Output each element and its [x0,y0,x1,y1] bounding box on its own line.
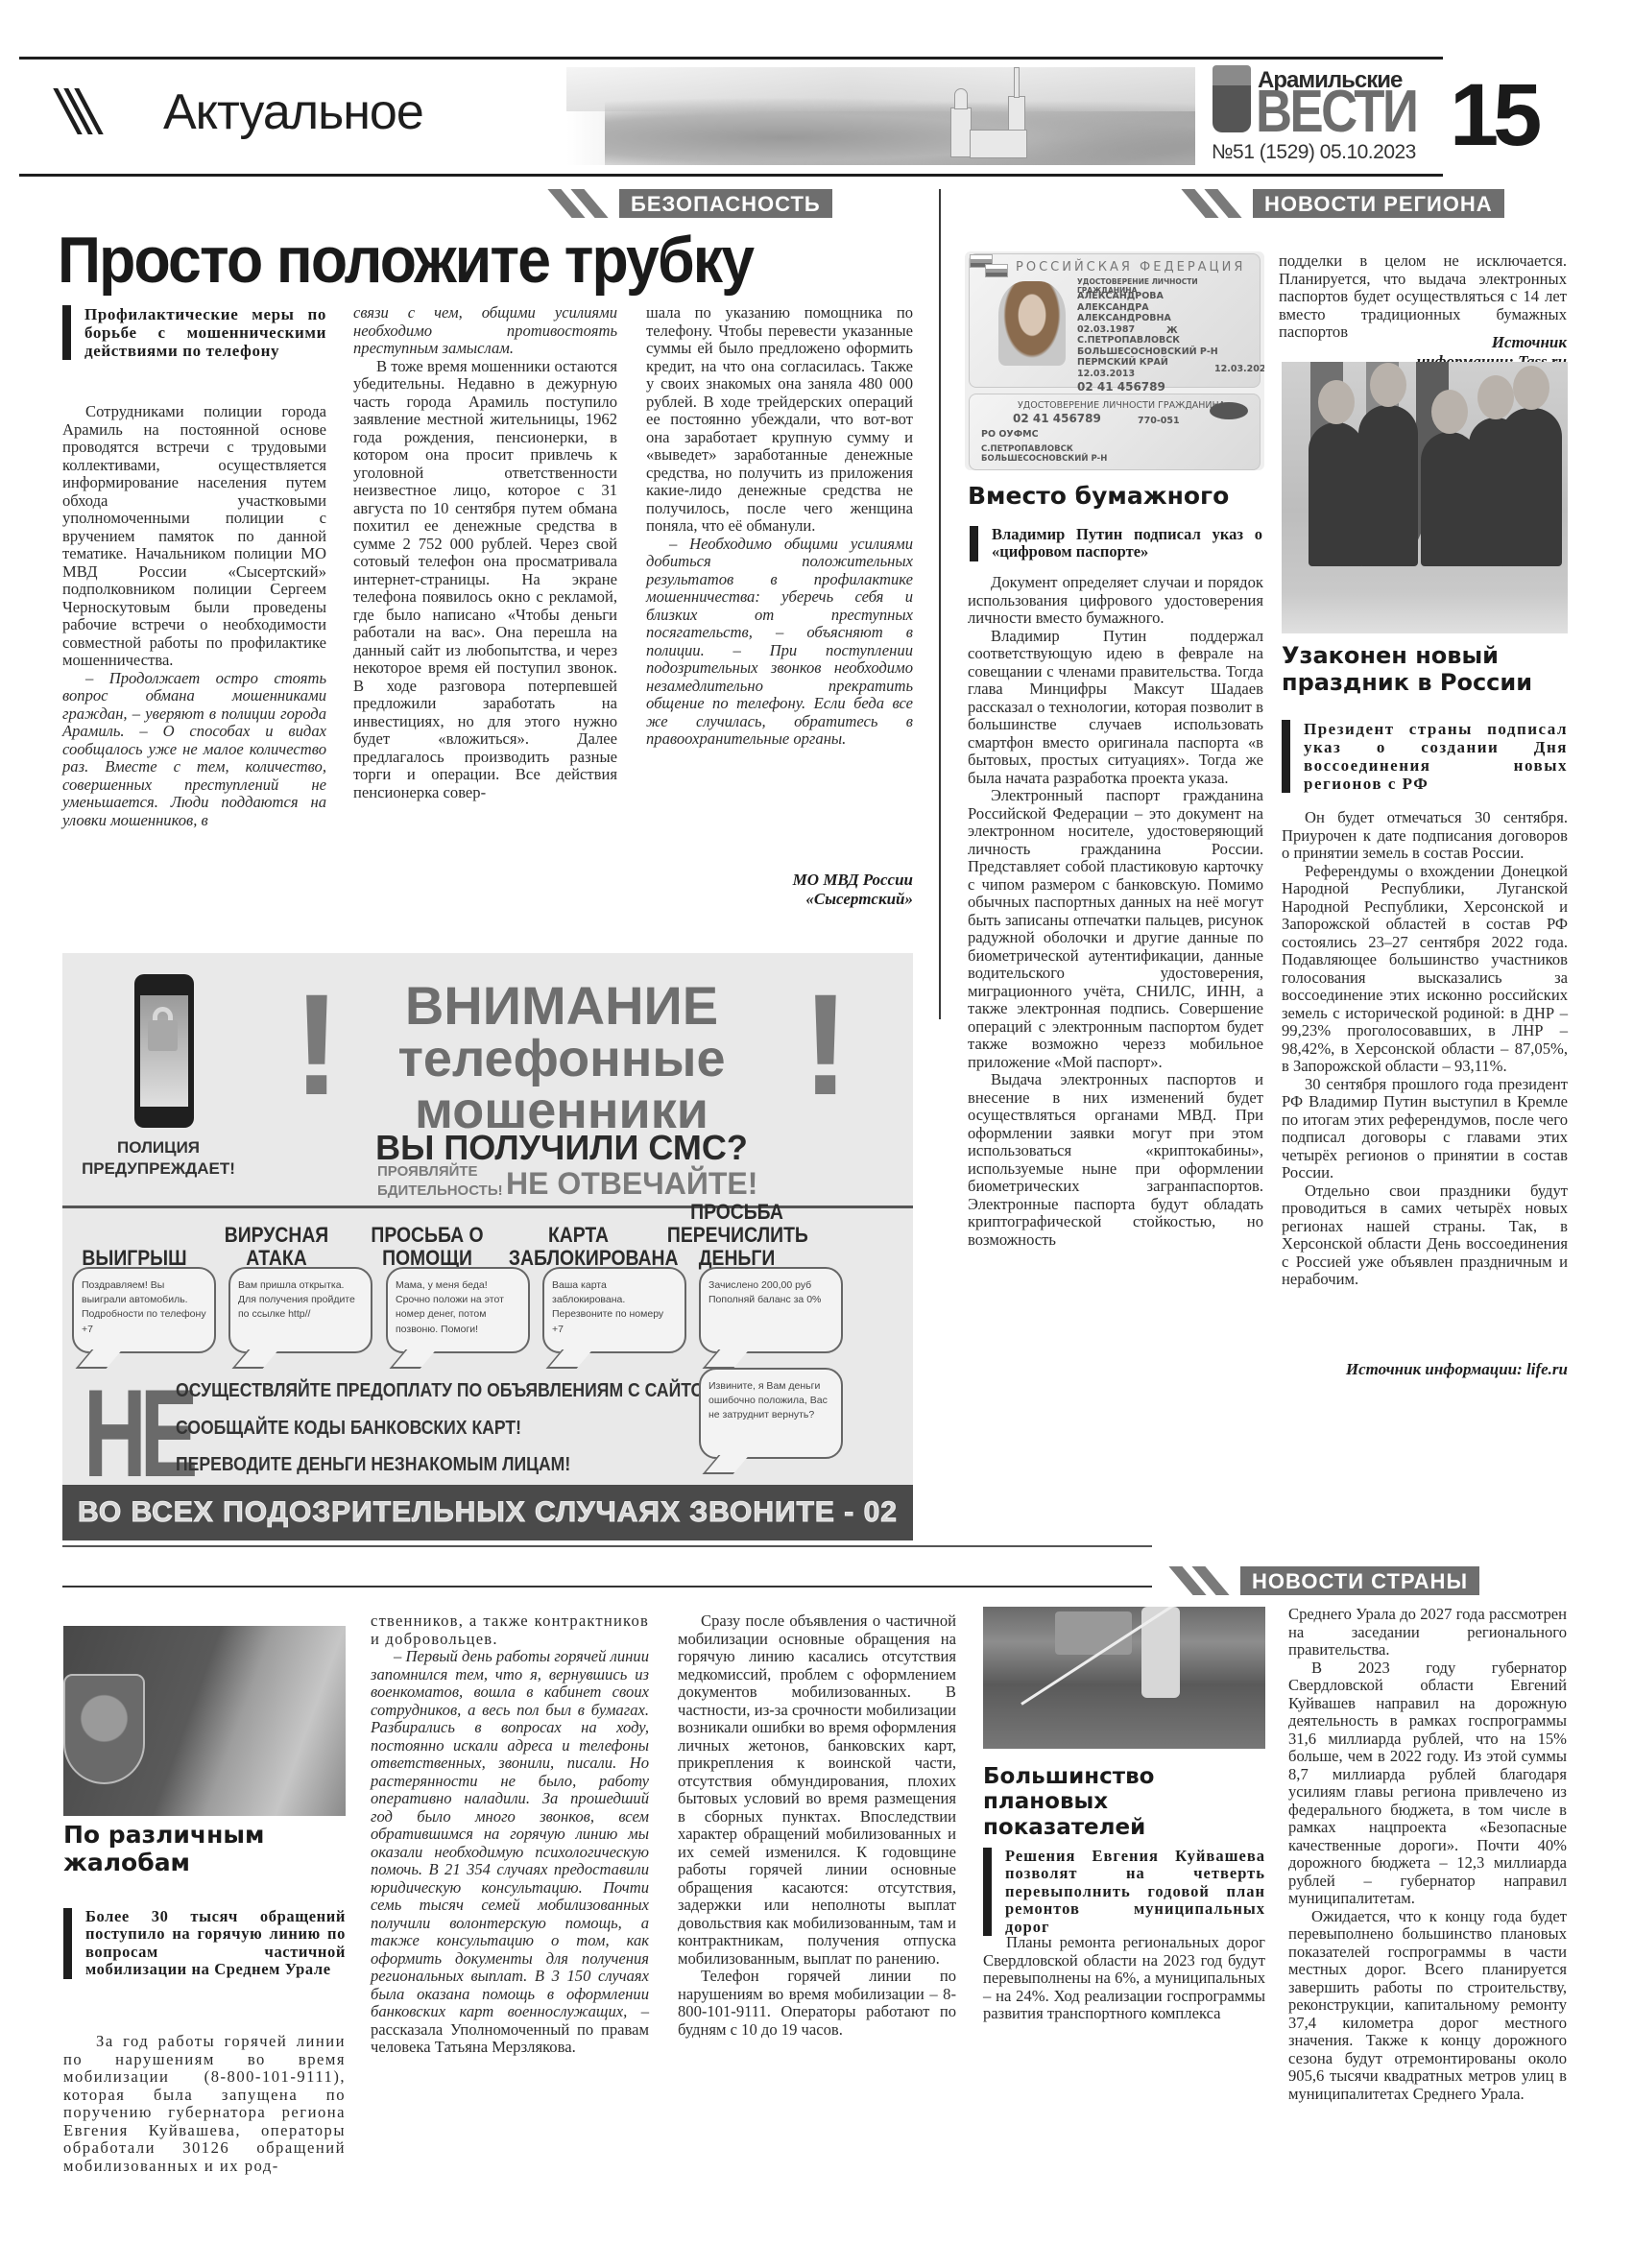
security-paragraph: шала по указанию помощника по телефону. … [646,304,913,536]
locked-phone-icon [134,974,194,1128]
roads-lead: Решения Евгения Куйвашева позволят на че… [983,1848,1265,1936]
passport-name: АЛЕКСАНДРА [1077,302,1218,314]
rubric-security: БЕЗОПАСНОСТЬ [552,189,832,218]
roads-paragraph: Среднего Урала до 2027 года рассмотрен н… [1288,1606,1567,1659]
scam-bubble-transfer: Зачислено 200,00 руб Пополняй баланс за … [699,1267,843,1353]
complaints-paragraph: Сразу после объявления о частичной мобил… [678,1612,956,1968]
security-quote: – Необходимо общими усилиями добиться по… [646,536,913,749]
passport-number: 02 41 456789 [1013,412,1101,426]
complaints-headline: По различным жалобам [63,1822,323,1877]
passport-paragraph: Электронный паспорт гражданина Российско… [968,787,1263,1071]
rubric-country-news: НОВОСТИ СТРАНЫ [1173,1566,1479,1595]
address-line: БОЛЬШЕСОСНОВСКИЙ Р-Н [981,454,1107,464]
page-number: 15 [1450,71,1536,159]
prosecutor-emblem-icon [63,1674,145,1784]
header-top-rule [19,57,1443,60]
holiday-paragraph: 30 сентября прошлого года президент РФ В… [1282,1076,1568,1182]
passport-number: 02 41 456789 [1077,380,1218,394]
header-town-photo [566,67,1195,165]
issue-number-date: №51 (1529) 05.10.2023 [1212,141,1416,164]
scam-title-transfer: ПРОСЬБА ПЕРЕЧИСЛИТЬ ДЕНЬГИ [667,1201,806,1269]
passport-birth-place: С.ПЕТРОПАВЛОВСК [1077,335,1218,346]
complaints-column-3: Сразу после объявления о частичной мобил… [678,1612,956,2039]
section-slashes-icon [65,88,91,134]
security-paragraph: В тоже время мошенники остаются убедител… [353,358,617,802]
holiday-paragraph: Референдумы о вхождении Донецкой Народно… [1282,863,1568,1076]
passport-dept-code: 770-051 [1138,416,1180,427]
passport-column-1: Документ определяет случаи и порядок исп… [968,574,1263,1249]
bottom-section-rule-top [62,1545,1152,1547]
passport-fields: АЛЕКСАНДРОВА АЛЕКСАНДРА АЛЕКСАНДРОВНА 02… [1077,291,1218,394]
passport-birth-date: 02.03.1987 [1077,324,1218,336]
police-line: ПРЕДУПРЕЖДАЕТ! [82,1158,235,1180]
poster-police-warning: ПОЛИЦИЯ ПРЕДУПРЕЖДАЕТ! [82,1137,235,1180]
complaints-paragraph: За год работы горячей линии по нарушения… [63,2033,346,2175]
roads-headline: Большинство плановых показателей [983,1764,1175,1840]
complaints-quote: – Первый день работы горячей линии запом… [371,1648,649,2057]
passport-card-back: УДОСТОВЕРЕНИЕ ЛИЧНОСТИ ГРАЖДАНИНА 02 41 … [969,394,1261,470]
passport-issue-date: 12.03.2013 [1077,369,1218,380]
passport-paragraph: Документ определяет случаи и порядок исп… [968,574,1263,628]
signature-line: «Сысертский» [672,890,913,909]
passport-doc-title: УДОСТОВЕРЕНИЕ ЛИЧНОСТИ ГРАЖДАНИНА [1018,400,1225,412]
security-quote: – Продолжает остро стоять вопрос обмана … [62,670,326,830]
scam-title-help: ПРОСЬБА О ПОМОЩИ [360,1224,495,1270]
security-column-2: связи с чем, общими усилиями необходимо … [353,304,617,801]
passport-face [998,281,1066,366]
passport-patronymic: АЛЕКСАНДРОВНА [1077,313,1218,324]
complaints-column-2: ственников, а также контрактников и добр… [371,1612,649,2057]
roads-paragraph: Ожидается, что к концу года будет перевы… [1288,1908,1567,2104]
passport-paragraph: подделки в целом не исключается. Планиру… [1279,252,1567,342]
address-line: С.ПЕТРОПАВЛОВСК [981,444,1107,454]
poster-footer-call-02: ВО ВСЕХ ПОДОЗРИТЕЛЬНЫХ СЛУЧАЯХ ЗВОНИТЕ -… [62,1485,913,1540]
vigilance-line: ПРОЯВЛЯЙТЕ [377,1162,503,1182]
roads-column-1: Планы ремонта региональных дорог Свердло… [983,1934,1265,2023]
passport-paragraph: Выдача электронных паспортов и внесение … [968,1071,1263,1249]
roads-column-2: Среднего Урала до 2027 года рассмотрен н… [1288,1606,1567,2103]
digital-passport-photo: РОССИЙСКАЯ ФЕДЕРАЦИЯ УДОСТОВЕРЕНИЕ ЛИЧНО… [965,251,1264,470]
passport-expiry: 12.03.2023 [1214,364,1264,375]
chip-icon [1210,402,1248,419]
security-lead: Профилактические меры по борьбе с мошенн… [62,305,326,360]
passport-birth-place: БОЛЬШЕСОСНОВСКИЙ Р-Н [1077,346,1218,358]
passport-paragraph: Владимир Путин поддержал соответствующую… [968,628,1263,788]
passport-birth-place: ПЕРМСКИЙ КРАЙ [1077,357,1218,369]
passport-card-front: РОССИЙСКАЯ ФЕДЕРАЦИЯ УДОСТОВЕРЕНИЕ ЛИЧНО… [969,253,1261,388]
passport-surname: АЛЕКСАНДРОВА [1077,291,1218,302]
scam-bubble-refund: Извините, я Вам деньги ошибочно положила… [699,1368,843,1459]
city-emblem-icon [1213,65,1251,132]
rubric-country-news-label: НОВОСТИ СТРАНЫ [1240,1566,1479,1595]
poster-vigilance: ПРОЯВЛЯЙТЕ БДИТЕЛЬНОСТЬ! [377,1162,503,1200]
scam-title-card: КАРТА ЗАБЛОКИРОВАНА [509,1224,648,1270]
security-quote-end: связи с чем, общими усилиями необходимо … [353,304,617,358]
rubric-stripes-icon [1173,1566,1240,1595]
fraud-warning-poster: ПОЛИЦИЯ ПРЕДУПРЕЖДАЕТ! ! ! ВНИМАНИЕ теле… [62,953,913,1540]
passport-lead: Владимир Путин подписал указ о «цифровом… [970,526,1262,561]
signature-line: МО МВД России [672,871,913,890]
scam-bubble-virus: Вам пришла открытка. Для получения пройд… [228,1267,372,1353]
poster-ne-line: СООБЩАЙТЕ КОДЫ БАНКОВСКИХ КАРТ! [176,1418,521,1440]
passport-headline: Вместо бумажного [968,483,1229,511]
bottom-section-rule [62,1586,1152,1588]
road-roller [1055,1611,1132,1655]
scam-title-virus: ВИРУСНАЯ АТАКА [213,1224,340,1270]
road-repair-photo [983,1607,1265,1749]
poster-attention: ВНИМАНИЕ [341,980,782,1033]
scam-bubble-win: Поздравляем! Вы выиграли автомобиль. Под… [72,1267,216,1353]
poster-ne-line: ОСУЩЕСТВЛЯЙТЕ ПРЕДОПЛАТУ ПО ОБЪЯВЛЕНИЯМ … [176,1380,722,1402]
holiday-headline: Узаконен новый праздник в России [1282,643,1570,696]
complaints-column-1: За год работы горячей линии по нарушения… [63,2033,346,2175]
poster-phone-word: телефонные [341,1034,782,1085]
leaders-handshake-photo [1282,362,1568,633]
security-paragraph: Сотрудниками полиции города Арамиль на п… [62,403,326,670]
holiday-source: Источник информации: life.ru [1282,1360,1568,1379]
security-column-3: шала по указанию помощника по телефону. … [646,304,913,749]
prosecutor-badge-photo [63,1626,346,1816]
rubric-stripes-icon [552,189,619,218]
section-title: Актуальное [163,84,423,141]
security-column-1: Сотрудниками полиции города Арамиль на п… [62,403,326,829]
complaints-paragraph: ственников, а также контрактников и добр… [371,1612,649,1648]
holiday-paragraph: Отдельно свои праздники будут проводитьс… [1282,1182,1568,1289]
passport-column-2: подделки в целом не исключается. Планиру… [1279,252,1567,342]
security-headline: Просто положите трубку [58,223,753,298]
passport-address: С.ПЕТРОПАВЛОВСК БОЛЬШЕСОСНОВСКИЙ Р-Н [981,444,1107,465]
holiday-lead: Президент страны подписал указ о создани… [1282,720,1568,793]
poster-ne-line: ПЕРЕВОДИТЕ ДЕНЬГИ НЕЗНАКОМЫМ ЛИЦАМ! [176,1454,570,1476]
scam-bubble-card: Ваша карта заблокирована. Перезвоните по… [542,1267,686,1353]
logo-main-text: ВЕСТИ [1256,83,1416,142]
passport-country: РОССИЙСКАЯ ФЕДЕРАЦИЯ [1016,260,1245,275]
complaints-paragraph: Телефон горячей линии по нарушениям во в… [678,1968,956,2039]
column-divider [939,189,941,1019]
passport-issuer: РО ОУФМС [981,429,1039,441]
scam-bubble-help: Мама, у меня беда! Срочно положи на этот… [386,1267,530,1353]
passport-sex: Ж [1166,325,1178,337]
poster-dont-answer: НЕ ОТВЕЧАЙТЕ! [506,1166,757,1202]
complaints-lead: Более 30 тысяч обращений поступило на го… [63,1908,346,1979]
rubric-stripes-icon [1186,189,1253,218]
poster-sms-question: ВЫ ПОЛУЧИЛИ СМС? [341,1131,782,1164]
holiday-paragraph: Он будет отмечаться 30 сентября. Приуроч… [1282,809,1568,863]
rubric-region-news-label: НОВОСТИ РЕГИОНА [1253,189,1504,218]
security-signature: МО МВД России «Сысертский» [672,871,913,908]
source-line: Источник [1325,333,1567,352]
exclamation-left-icon: ! [293,972,341,1116]
rubric-region-news: НОВОСТИ РЕГИОНА [1186,189,1504,218]
police-line: ПОЛИЦИЯ [82,1137,235,1158]
header-bottom-rule [19,174,1443,177]
exclamation-right-icon: ! [802,972,850,1116]
vigilance-line: БДИТЕЛЬНОСТЬ! [377,1182,503,1201]
quote-text: – Первый день работы горячей линии запом… [371,1647,649,2020]
roads-paragraph: В 2023 году губернатор Свердловской обла… [1288,1659,1567,1908]
holiday-body: Он будет отмечаться 30 сентября. Приуроч… [1282,809,1568,1289]
roads-paragraph: Планы ремонта региональных дорог Свердло… [983,1934,1265,2023]
rubric-security-label: БЕЗОПАСНОСТЬ [619,189,832,218]
